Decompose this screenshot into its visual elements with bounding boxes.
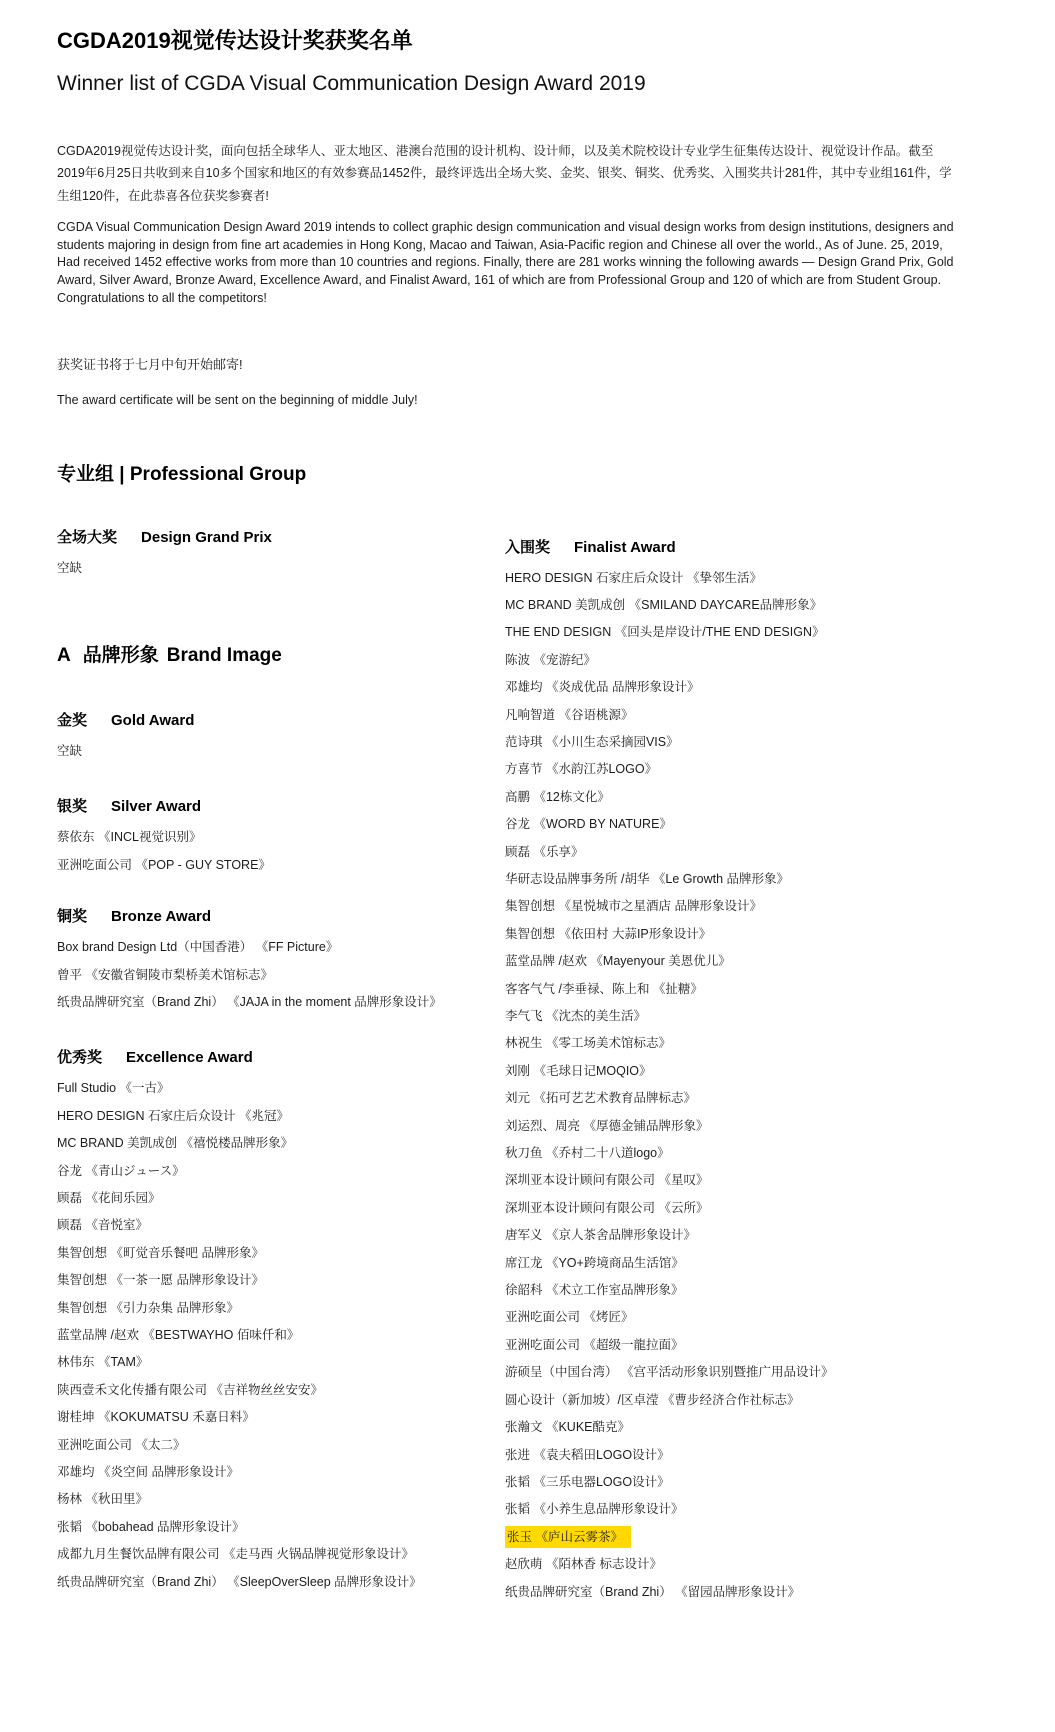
list-item: 高鹏 《12栋文化》	[505, 784, 995, 811]
entry-text: 高鹏 《12栋文化》	[505, 790, 610, 804]
entry-text: 顾磊 《音悦室》	[57, 1218, 148, 1232]
list-item: 深圳亚本设计顾问有限公司 《云所》	[505, 1195, 995, 1222]
list-item: 蓝堂品牌 /赵欢 《BESTWAYHO 佰味仟和》	[57, 1322, 505, 1349]
list-item: 蔡依东 《INCL视觉识别》	[57, 824, 505, 851]
list-item: 张韬 《三乐电器LOGO设计》	[505, 1469, 995, 1496]
list-item: 刘刚 《毛球日记MOQIO》	[505, 1058, 995, 1085]
entry-text: 顾磊 《花间乐园》	[57, 1191, 160, 1205]
list-item: 谷龙 《青山ジュース》	[57, 1158, 505, 1185]
list-item: 圆心设计（新加坡）/区卓滢 《曹步经济合作社标志》	[505, 1387, 995, 1414]
list-item: 成都九月生餐饮品牌有限公司 《走马西 火锅品牌视觉形象设计》	[57, 1541, 505, 1568]
entry-text: 刘元 《拓可艺艺术教育品牌标志》	[505, 1091, 696, 1105]
entry-text: 蔡依东 《INCL视觉识别》	[57, 830, 201, 844]
list-item: 纸贵品牌研究室（Brand Zhi） 《JAJA in the moment 品…	[57, 989, 505, 1016]
entry-text: 亚洲吃面公司 《POP - GUY STORE》	[57, 858, 271, 872]
entry-text: 集智创想 《町觉音乐餐吧 品牌形象》	[57, 1246, 264, 1260]
entry-text: 谷龙 《青山ジュース》	[57, 1164, 185, 1178]
list-item: 客客气气 /李垂禄、陈上和 《扯糖》	[505, 976, 995, 1003]
two-column-layout: 全场大奖Design Grand Prix 空缺 A品牌形象Brand Imag…	[57, 526, 995, 1606]
left-column: 全场大奖Design Grand Prix 空缺 A品牌形象Brand Imag…	[57, 526, 505, 1597]
entry-text: 席江龙 《YO+跨境商品生活馆》	[505, 1256, 684, 1270]
entry-text: 亚洲吃面公司 《烤匠》	[505, 1310, 633, 1324]
entry-text: 空缺	[57, 744, 82, 758]
group-header: 专业组 | Professional Group	[57, 459, 995, 486]
award-heading: 入围奖Finalist Award	[505, 536, 995, 557]
award-title-zh: 金奖	[57, 712, 87, 729]
certificate-note-zh: 获奖证书将于七月中旬开始邮寄!	[57, 354, 995, 373]
entry-text: 游硕呈（中国台湾） 《宫平活动形象识别暨推广用品设计》	[505, 1365, 833, 1379]
award-entry-list: Full Studio 《一古》HERO DESIGN 石家庄后众设计 《兆冠》…	[57, 1075, 505, 1596]
list-item: 纸贵品牌研究室（Brand Zhi） 《留园品牌形象设计》	[505, 1579, 995, 1606]
award-entry-list: Box brand Design Ltd（中国香港） 《FF Picture》曾…	[57, 934, 505, 1016]
intro-paragraph-zh: CGDA2019视觉传达设计奖，面向包括全球华人、亚太地区、港澳台范围的设计机构…	[57, 140, 957, 207]
entry-text: 邓雄均 《炎空间 品牌形象设计》	[57, 1465, 239, 1479]
entry-text: 蓝堂品牌 /赵欢 《BESTWAYHO 佰味仟和》	[57, 1328, 299, 1342]
entry-text: 华研志设品牌事务所 /胡华 《Le Growth 品牌形象》	[505, 872, 789, 886]
list-item: 方喜节 《水韵江苏LOGO》	[505, 756, 995, 783]
entry-text: 范诗琪 《小川生态采摘园VIS》	[505, 735, 679, 749]
list-item: 顾磊 《花间乐园》	[57, 1185, 505, 1212]
list-item: 顾磊 《乐享》	[505, 839, 995, 866]
category-title-zh: 品牌形象	[83, 645, 159, 666]
entry-text: 秋刀鱼 《乔村二十八道logo》	[505, 1146, 670, 1160]
list-item: Box brand Design Ltd（中国香港） 《FF Picture》	[57, 934, 505, 961]
list-item: 集智创想 《星悦城市之星酒店 品牌形象设计》	[505, 893, 995, 920]
list-item: 范诗琪 《小川生态采摘园VIS》	[505, 729, 995, 756]
section-bronze-award: 铜奖Bronze Award Box brand Design Ltd（中国香港…	[57, 905, 505, 1016]
list-item: 徐韶科 《术立工作室品牌形象》	[505, 1277, 995, 1304]
entry-text: 张韬 《小养生息品牌形象设计》	[505, 1502, 683, 1516]
award-entry-list: 空缺	[57, 738, 505, 765]
entry-text: 深圳亚本设计顾问有限公司 《星叹》	[505, 1173, 708, 1187]
category-heading-brand-image: A品牌形象Brand Image	[57, 640, 505, 667]
list-item: 集智创想 《引力杂集 品牌形象》	[57, 1295, 505, 1322]
entry-text: HERO DESIGN 石家庄后众设计 《挚邻生活》	[505, 571, 762, 585]
entry-text: 客客气气 /李垂禄、陈上和 《扯糖》	[505, 982, 703, 996]
list-item: 林伟东 《TAM》	[57, 1349, 505, 1376]
award-title-en: Silver Award	[111, 798, 201, 815]
list-item: 杨林 《秋田里》	[57, 1486, 505, 1513]
entry-text: 深圳亚本设计顾问有限公司 《云所》	[505, 1201, 708, 1215]
entry-text: 李气飞 《沈杰的美生活》	[505, 1009, 646, 1023]
award-title-zh: 优秀奖	[57, 1049, 102, 1066]
award-title-en: Design Grand Prix	[141, 529, 272, 546]
award-heading: 银奖Silver Award	[57, 795, 505, 816]
page-title-en: Winner list of CGDA Visual Communication…	[57, 70, 995, 98]
list-item: THE END DESIGN 《回头是岸设计/THE END DESIGN》	[505, 619, 995, 646]
award-title-en: Gold Award	[111, 712, 194, 729]
award-entry-list: 蔡依东 《INCL视觉识别》亚洲吃面公司 《POP - GUY STORE》	[57, 824, 505, 879]
category-letter: A	[57, 645, 71, 666]
list-item: 赵欣萌 《陌林香 标志设计》	[505, 1551, 995, 1578]
list-item: HERO DESIGN 石家庄后众设计 《挚邻生活》	[505, 565, 995, 592]
right-column: 入围奖Finalist Award HERO DESIGN 石家庄后众设计 《挚…	[505, 526, 995, 1606]
entry-text: 集智创想 《星悦城市之星酒店 品牌形象设计》	[505, 899, 762, 913]
award-title-zh: 银奖	[57, 798, 87, 815]
entry-text: MC BRAND 美凯成创 《SMILAND DAYCARE品牌形象》	[505, 598, 822, 612]
entry-text: 林祝生 《零工场美术馆标志》	[505, 1036, 671, 1050]
page-title-zh: CGDA2019视觉传达设计奖获奖名单	[57, 26, 995, 56]
list-item: 华研志设品牌事务所 /胡华 《Le Growth 品牌形象》	[505, 866, 995, 893]
entry-text: 顾磊 《乐享》	[505, 845, 583, 859]
award-heading: 优秀奖Excellence Award	[57, 1046, 505, 1067]
entry-text: 张瀚文 《KUKE酷克》	[505, 1420, 630, 1434]
entry-text: 亚洲吃面公司 《超级一龍拉面》	[505, 1338, 683, 1352]
category-title-en: Brand Image	[167, 645, 282, 666]
list-item: 刘元 《拓可艺艺术教育品牌标志》	[505, 1085, 995, 1112]
entry-text: 刘运烈、周亮 《厚德金铺品牌形象》	[505, 1119, 708, 1133]
entry-text: 杨林 《秋田里》	[57, 1492, 148, 1506]
entry-text: 凡响智道 《谷语桃源》	[505, 708, 633, 722]
list-item: HERO DESIGN 石家庄后众设计 《兆冠》	[57, 1103, 505, 1130]
list-item: 亚洲吃面公司 《POP - GUY STORE》	[57, 852, 505, 879]
list-item: Full Studio 《一古》	[57, 1075, 505, 1102]
award-title-zh: 全场大奖	[57, 529, 117, 546]
award-heading: 全场大奖Design Grand Prix	[57, 526, 505, 547]
list-item: 刘运烈、周亮 《厚德金铺品牌形象》	[505, 1113, 995, 1140]
list-item: 陈波 《宠游纪》	[505, 647, 995, 674]
entry-text: 张韬 《bobahead 品牌形象设计》	[57, 1520, 245, 1534]
entry-text: Full Studio 《一古》	[57, 1081, 170, 1095]
list-item: 曾平 《安徽省铜陵市梨桥美术馆标志》	[57, 962, 505, 989]
entry-text: 方喜节 《水韵江苏LOGO》	[505, 762, 657, 776]
list-item: MC BRAND 美凯成创 《禧悦楼品牌形象》	[57, 1130, 505, 1157]
list-item: 张玉 《庐山云雾茶》	[505, 1524, 995, 1551]
list-item: 秋刀鱼 《乔村二十八道logo》	[505, 1140, 995, 1167]
entry-text: 集智创想 《引力杂集 品牌形象》	[57, 1301, 239, 1315]
entry-text: 集智创想 《依田村 大蒜IP形象设计》	[505, 927, 711, 941]
list-item: 林祝生 《零工场美术馆标志》	[505, 1030, 995, 1057]
entry-text: MC BRAND 美凯成创 《禧悦楼品牌形象》	[57, 1136, 293, 1150]
list-item: 谢桂坤 《KOKUMATSU 禾嘉日料》	[57, 1404, 505, 1431]
list-item: 谷龙 《WORD BY NATURE》	[505, 811, 995, 838]
entry-text: 纸贵品牌研究室（Brand Zhi） 《JAJA in the moment 品…	[57, 995, 442, 1009]
award-title-en: Bronze Award	[111, 908, 211, 925]
entry-text: 林伟东 《TAM》	[57, 1355, 148, 1369]
section-finalist-award: 入围奖Finalist Award HERO DESIGN 石家庄后众设计 《挚…	[505, 536, 995, 1606]
certificate-note-en: The award certificate will be sent on th…	[57, 393, 995, 407]
entry-text: 成都九月生餐饮品牌有限公司 《走马西 火锅品牌视觉形象设计》	[57, 1547, 414, 1561]
intro-paragraph-en: CGDA Visual Communication Design Award 2…	[57, 219, 962, 308]
list-item: 张瀚文 《KUKE酷克》	[505, 1414, 995, 1441]
list-item: 邓雄均 《炎空间 品牌形象设计》	[57, 1459, 505, 1486]
list-item: 陕西壹禾文化传播有限公司 《吉祥物丝丝安安》	[57, 1377, 505, 1404]
section-grand-prix: 全场大奖Design Grand Prix 空缺	[57, 526, 505, 582]
award-heading: 金奖Gold Award	[57, 709, 505, 730]
entry-text: 圆心设计（新加坡）/区卓滢 《曹步经济合作社标志》	[505, 1393, 799, 1407]
award-title-en: Finalist Award	[574, 539, 676, 556]
entry-text: 蓝堂品牌 /赵欢 《Mayenyour 美恩优儿》	[505, 954, 731, 968]
award-title-en: Excellence Award	[126, 1049, 253, 1066]
list-item: MC BRAND 美凯成创 《SMILAND DAYCARE品牌形象》	[505, 592, 995, 619]
entry-text: 纸贵品牌研究室（Brand Zhi） 《留园品牌形象设计》	[505, 1585, 800, 1599]
entry-text: 徐韶科 《术立工作室品牌形象》	[505, 1283, 683, 1297]
list-item: 游硕呈（中国台湾） 《宫平活动形象识别暨推广用品设计》	[505, 1359, 995, 1386]
entry-text: 曾平 《安徽省铜陵市梨桥美术馆标志》	[57, 968, 273, 982]
entry-text: 张韬 《三乐电器LOGO设计》	[505, 1475, 670, 1489]
list-item: 唐军义 《京人茶舍品牌形象设计》	[505, 1222, 995, 1249]
entry-text: 集智创想 《一茶一愿 品牌形象设计》	[57, 1273, 264, 1287]
list-item: 蓝堂品牌 /赵欢 《Mayenyour 美恩优儿》	[505, 948, 995, 975]
list-item: 凡响智道 《谷语桃源》	[505, 702, 995, 729]
list-item: 集智创想 《一茶一愿 品牌形象设计》	[57, 1267, 505, 1294]
entry-text: 赵欣萌 《陌林香 标志设计》	[505, 1557, 662, 1571]
list-item: 顾磊 《音悦室》	[57, 1212, 505, 1239]
award-entry-list: HERO DESIGN 石家庄后众设计 《挚邻生活》MC BRAND 美凯成创 …	[505, 565, 995, 1606]
section-gold-award: 金奖Gold Award 空缺	[57, 709, 505, 765]
list-item: 空缺	[57, 555, 505, 582]
list-item: 空缺	[57, 738, 505, 765]
award-title-zh: 铜奖	[57, 908, 87, 925]
list-item: 集智创想 《町觉音乐餐吧 品牌形象》	[57, 1240, 505, 1267]
section-excellence-award: 优秀奖Excellence Award Full Studio 《一古》HERO…	[57, 1046, 505, 1596]
entry-text: Box brand Design Ltd（中国香港） 《FF Picture》	[57, 940, 338, 954]
entry-text: 刘刚 《毛球日记MOQIO》	[505, 1064, 652, 1078]
list-item: 张进 《袁夫稻田LOGO设计》	[505, 1442, 995, 1469]
entry-text: 纸贵品牌研究室（Brand Zhi） 《SleepOverSleep 品牌形象设…	[57, 1575, 422, 1589]
list-item: 张韬 《小养生息品牌形象设计》	[505, 1496, 995, 1523]
entry-text: 唐军义 《京人茶舍品牌形象设计》	[505, 1228, 696, 1242]
section-silver-award: 银奖Silver Award 蔡依东 《INCL视觉识别》亚洲吃面公司 《POP…	[57, 795, 505, 879]
entry-text: THE END DESIGN 《回头是岸设计/THE END DESIGN》	[505, 625, 824, 639]
award-entry-list: 空缺	[57, 555, 505, 582]
list-item: 亚洲吃面公司 《超级一龍拉面》	[505, 1332, 995, 1359]
entry-text: 谷龙 《WORD BY NATURE》	[505, 817, 672, 831]
entry-text: HERO DESIGN 石家庄后众设计 《兆冠》	[57, 1109, 289, 1123]
entry-text: 谢桂坤 《KOKUMATSU 禾嘉日料》	[57, 1410, 255, 1424]
entry-text: 空缺	[57, 561, 82, 575]
list-item: 亚洲吃面公司 《太二》	[57, 1432, 505, 1459]
entry-text: 陈波 《宠游纪》	[505, 653, 596, 667]
list-item: 亚洲吃面公司 《烤匠》	[505, 1304, 995, 1331]
list-item: 邓雄均 《炎成优品 品牌形象设计》	[505, 674, 995, 701]
entry-text: 邓雄均 《炎成优品 品牌形象设计》	[505, 680, 699, 694]
list-item: 深圳亚本设计顾问有限公司 《星叹》	[505, 1167, 995, 1194]
winner-list-page: CGDA2019视觉传达设计奖获奖名单 Winner list of CGDA …	[0, 0, 1055, 1732]
entry-text: 陕西壹禾文化传播有限公司 《吉祥物丝丝安安》	[57, 1383, 323, 1397]
entry-text: 亚洲吃面公司 《太二》	[57, 1438, 185, 1452]
award-heading: 铜奖Bronze Award	[57, 905, 505, 926]
highlighted-entry-text: 张玉 《庐山云雾茶》	[505, 1526, 631, 1548]
award-title-zh: 入围奖	[505, 539, 550, 556]
list-item: 席江龙 《YO+跨境商品生活馆》	[505, 1250, 995, 1277]
entry-text: 张进 《袁夫稻田LOGO设计》	[505, 1448, 670, 1462]
list-item: 纸贵品牌研究室（Brand Zhi） 《SleepOverSleep 品牌形象设…	[57, 1569, 505, 1596]
list-item: 李气飞 《沈杰的美生活》	[505, 1003, 995, 1030]
list-item: 张韬 《bobahead 品牌形象设计》	[57, 1514, 505, 1541]
list-item: 集智创想 《依田村 大蒜IP形象设计》	[505, 921, 995, 948]
